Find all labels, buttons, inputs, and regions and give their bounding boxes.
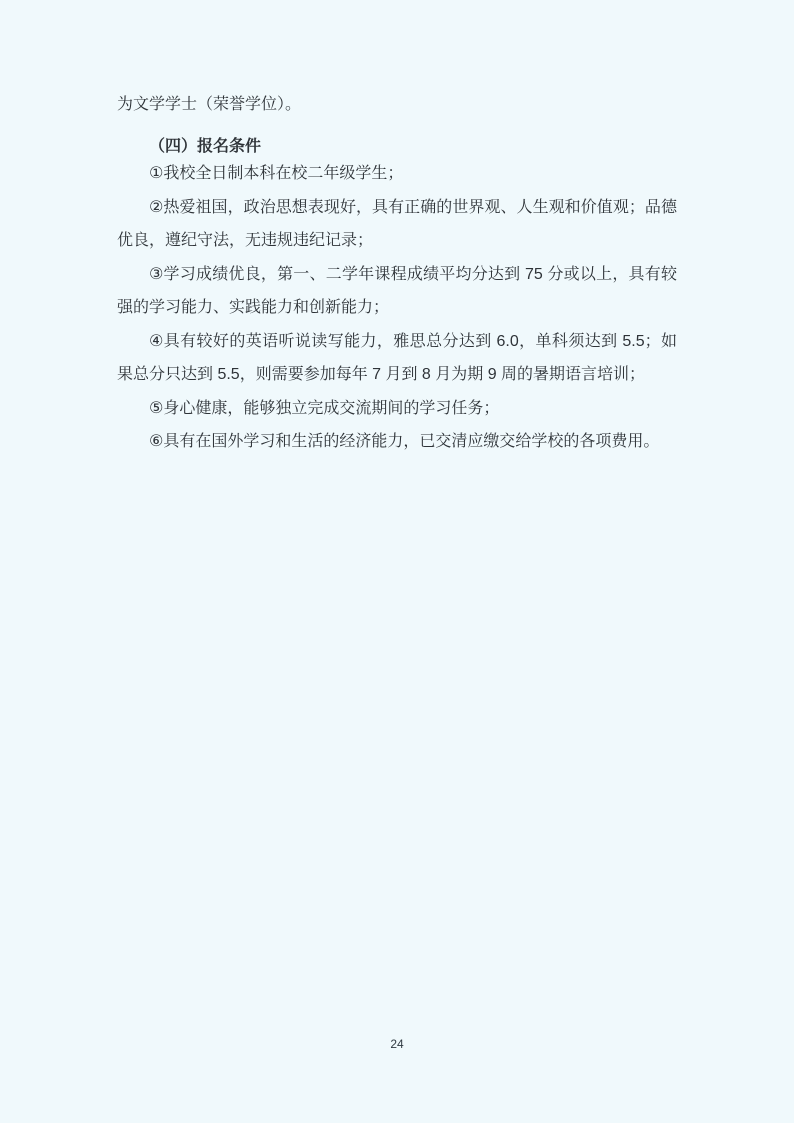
page-number: 24 <box>0 1036 794 1052</box>
item-2-line-1: ②热爱祖国，政治思想表现好，具有正确的世界观、人生观和价值观；品德 <box>117 191 677 225</box>
paragraph-end-line: 为文学学士（荣誉学位）。 <box>117 88 677 122</box>
item-4-line-2: 果总分只达到 5.5，则需要参加每年 7 月到 8 月为期 9 周的暑期语言培训… <box>117 358 677 392</box>
item-4-line-1: ④具有较好的英语听说读写能力，雅思总分达到 6.0，单科须达到 5.5；如 <box>117 325 677 359</box>
item-6: ⑥具有在国外学习和生活的经济能力，已交清应缴交给学校的各项费用。 <box>117 425 677 459</box>
document-body: 为文学学士（荣誉学位）。（四）报名条件①我校全日制本科在校二年级学生；②热爱祖国… <box>117 88 677 459</box>
item-3-line-2: 强的学习能力、实践能力和创新能力； <box>117 291 677 325</box>
item-3-line-1: ③学习成绩优良，第一、二学年课程成绩平均分达到 75 分或以上，具有较 <box>117 258 677 292</box>
item-5: ⑤身心健康，能够独立完成交流期间的学习任务； <box>117 392 677 426</box>
item-2-line-2: 优良，遵纪守法，无违规违纪记录； <box>117 224 677 258</box>
item-1: ①我校全日制本科在校二年级学生； <box>117 157 677 191</box>
document-page: 为文学学士（荣誉学位）。（四）报名条件①我校全日制本科在校二年级学生；②热爱祖国… <box>0 0 794 1123</box>
